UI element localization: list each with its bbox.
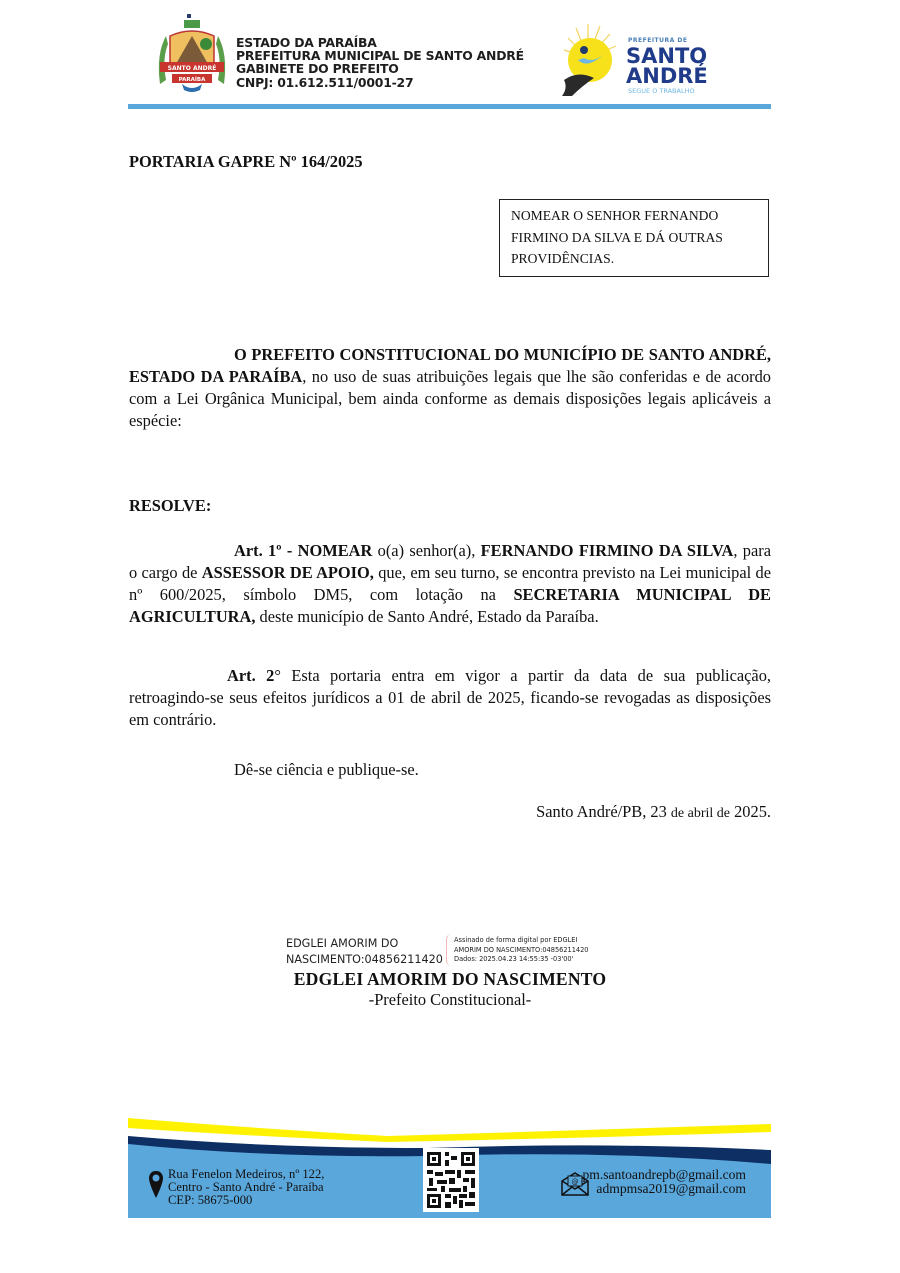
address-postal-code: CEP: 58675-000 (168, 1194, 324, 1207)
qr-code[interactable] (423, 1148, 479, 1212)
appointee-name: FERNANDO FIRMINO DA SILVA (481, 541, 734, 560)
svg-text:SANTO ANDRÉ: SANTO ANDRÉ (168, 64, 217, 72)
summary-box: NOMEAR O SENHOR FERNANDO FIRMINO DA SILV… (499, 199, 769, 277)
summary-line: FIRMINO DA SILVA E DÁ OUTRAS (511, 227, 757, 249)
article-2: Art. 2° Esta portaria entra em vigor a p… (129, 665, 771, 731)
footer-address: Rua Fenelon Medeiros, nº 122, Centro - S… (168, 1168, 324, 1208)
digital-signature: EDGLEI AMORIM DO NASCIMENTO:04856211420 … (286, 934, 626, 974)
closing-statement: Dê-se ciência e publique-se. (234, 760, 419, 780)
art1-text: deste município de Santo André, Estado d… (255, 607, 598, 626)
signature-meta-line: AMORIM DO NASCIMENTO:04856211420 (454, 946, 589, 956)
preamble-paragraph: O PREFEITO CONSTITUCIONAL DO MUNICÍPIO D… (129, 344, 771, 432)
summary-line: NOMEAR O SENHOR FERNANDO (511, 205, 757, 227)
art1-label: Art. 1º - NOMEAR (234, 541, 372, 560)
signer-role: -Prefeito Constitucional- (0, 990, 900, 1010)
date-year: 2025. (730, 802, 771, 821)
document-date: Santo André/PB, 23 de abril de 2025. (536, 802, 771, 822)
article-1: Art. 1º - NOMEAR o(a) senhor(a), FERNAND… (129, 540, 771, 628)
signature-meta-line: Assinado de forma digital por EDGLEI (454, 936, 589, 946)
letterhead-text: ESTADO DA PARAÍBA PREFEITURA MUNICIPAL D… (236, 36, 524, 89)
email-link[interactable]: admpmsa2019@gmail.com (582, 1182, 746, 1196)
signature-timestamp: Dados: 2025.04.23 14:55:35 -03'00' (454, 955, 589, 965)
art2-text: Esta portaria entra em vigor a partir da… (129, 666, 771, 729)
location-pin-icon (148, 1170, 164, 1200)
svg-text:PREFEITURA DE: PREFEITURA DE (628, 37, 687, 44)
email-link[interactable]: pm.santoandrepb@gmail.com (582, 1168, 746, 1182)
document-title: PORTARIA GAPRE Nº 164/2025 (129, 152, 363, 172)
svg-text:ANDRÉ: ANDRÉ (626, 63, 708, 88)
signature-metadata: Assinado de forma digital por EDGLEI AMO… (454, 936, 589, 965)
header-office: GABINETE DO PREFEITO (236, 62, 524, 75)
digital-signer: EDGLEI AMORIM DO NASCIMENTO:04856211420 (286, 936, 443, 967)
signer-name: EDGLEI AMORIM DO NASCIMENTO (0, 969, 900, 990)
position-title: ASSESSOR DE APOIO, (202, 563, 374, 582)
digital-signer-line: EDGLEI AMORIM DO (286, 936, 443, 952)
municipal-seal-icon: SANTO ANDRÉ PARAÍBA (154, 14, 230, 94)
footer-banner: Rua Fenelon Medeiros, nº 122, Centro - S… (128, 1106, 771, 1218)
header-cnpj: CNPJ: 01.612.511/0001-27 (236, 76, 524, 89)
art1-text: o(a) senhor(a), (372, 541, 480, 560)
art2-label: Art. 2 (227, 666, 274, 685)
svg-text:SEGUE O TRABALHO: SEGUE O TRABALHO (628, 87, 695, 95)
svg-text:@: @ (572, 1178, 579, 1186)
letterhead: SANTO ANDRÉ PARAÍBA ESTADO DA PARAÍBA PR… (128, 12, 771, 108)
digital-signer-line: NASCIMENTO:04856211420 (286, 952, 443, 968)
svg-text:PARAÍBA: PARAÍBA (179, 75, 207, 83)
resolve-heading: RESOLVE: (129, 496, 211, 516)
santo-andre-brand-logo: PREFEITURA DE SANTO ANDRÉ SEGUE O TRABAL… (558, 20, 713, 100)
footer-emails: pm.santoandrepb@gmail.com admpmsa2019@gm… (582, 1168, 746, 1196)
header-divider (128, 104, 771, 109)
date-place: Santo André/PB, 23 (536, 802, 671, 821)
date-month: de abril de (671, 806, 730, 821)
summary-line: PROVIDÊNCIAS. (511, 248, 757, 270)
